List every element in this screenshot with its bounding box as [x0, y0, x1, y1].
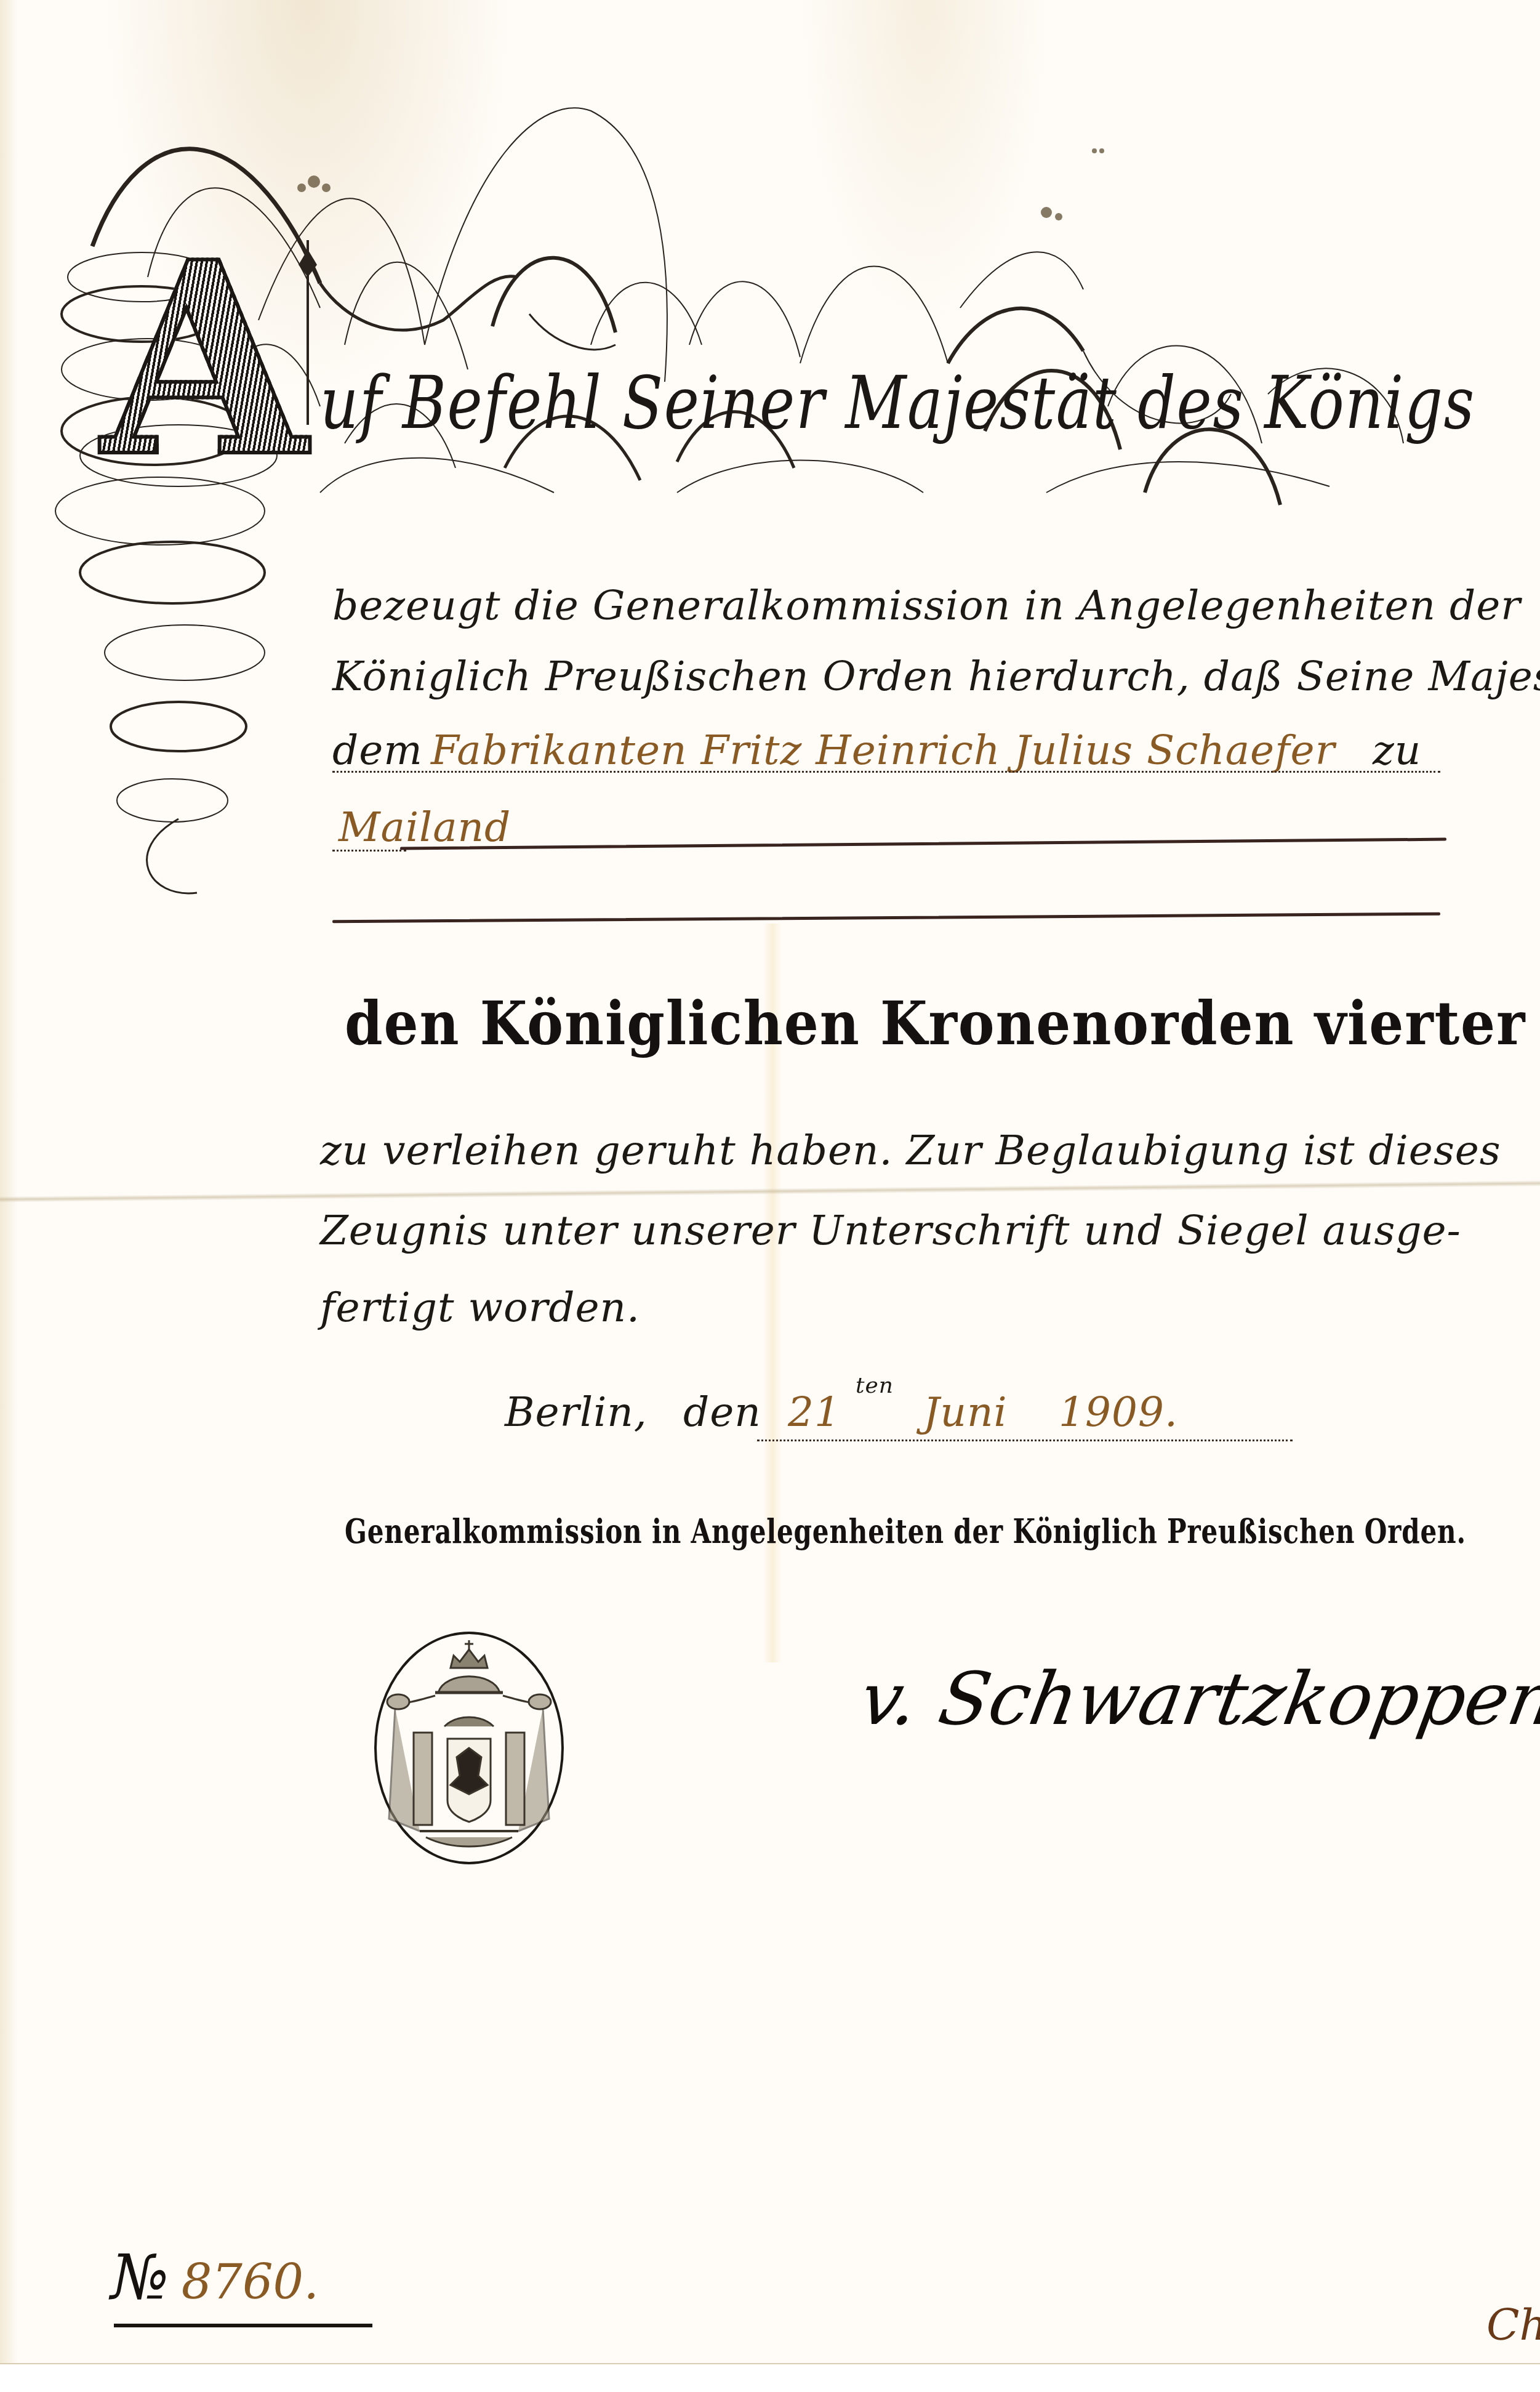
- date-month: Juni: [923, 1388, 1008, 1436]
- body-line-3-suffix: zu: [1373, 727, 1421, 774]
- coat-of-arms-seal: [374, 1632, 564, 1864]
- body-line-1: bezeugt die Generalkommission in Angeleg…: [332, 582, 1521, 629]
- certificate-title: uf Befehl Seiner Majestät des Königs: [320, 360, 1229, 445]
- certificate-number: №8760.: [111, 2241, 319, 2313]
- date-place: Berlin,: [505, 1388, 648, 1436]
- body-line-6: fertigt worden.: [320, 1284, 640, 1331]
- recipient-location: Mailand: [339, 803, 511, 851]
- order-name: den Königlichen Kronenorden vierter Klas…: [345, 988, 1540, 1059]
- official-signature: v. Schwartzkoppen: [854, 1656, 1540, 1741]
- number-value: 8760.: [182, 2255, 319, 2310]
- body-line-3-prefix: dem: [332, 727, 423, 774]
- location-dotted-line: [332, 850, 406, 852]
- issuer-name: Generalkommission in Angelegenheiten der…: [345, 1512, 1466, 1551]
- date-day-suffix: ten: [856, 1373, 894, 1398]
- recipient-name: Fabrikanten Fritz Heinrich Julius Schaef…: [431, 727, 1335, 774]
- body-line-2: Königlich Preußischen Orden hierdurch, d…: [332, 653, 1540, 700]
- date-prefix: den: [683, 1388, 761, 1436]
- number-underline: [114, 2324, 372, 2327]
- number-label: №: [111, 2241, 169, 2313]
- certificate-page: A uf Befehl Seiner Majestät des Königs b…: [0, 0, 1540, 2392]
- corner-initials: Ch: [1486, 2300, 1540, 2350]
- prussian-eagle-icon: [377, 1634, 561, 1862]
- illuminated-initial: A: [102, 228, 307, 493]
- page-bottom-edge: [0, 2363, 1540, 2392]
- date-day: 21: [788, 1388, 841, 1436]
- recipient-dotted-line: [332, 771, 1440, 773]
- body-line-5: Zeugnis unter unserer Unterschrift und S…: [320, 1207, 1461, 1254]
- body-line-4: zu verleihen geruht haben. Zur Beglaubig…: [320, 1127, 1501, 1174]
- date-dotted-line: [757, 1440, 1293, 1441]
- date-year: 1909.: [1059, 1388, 1178, 1436]
